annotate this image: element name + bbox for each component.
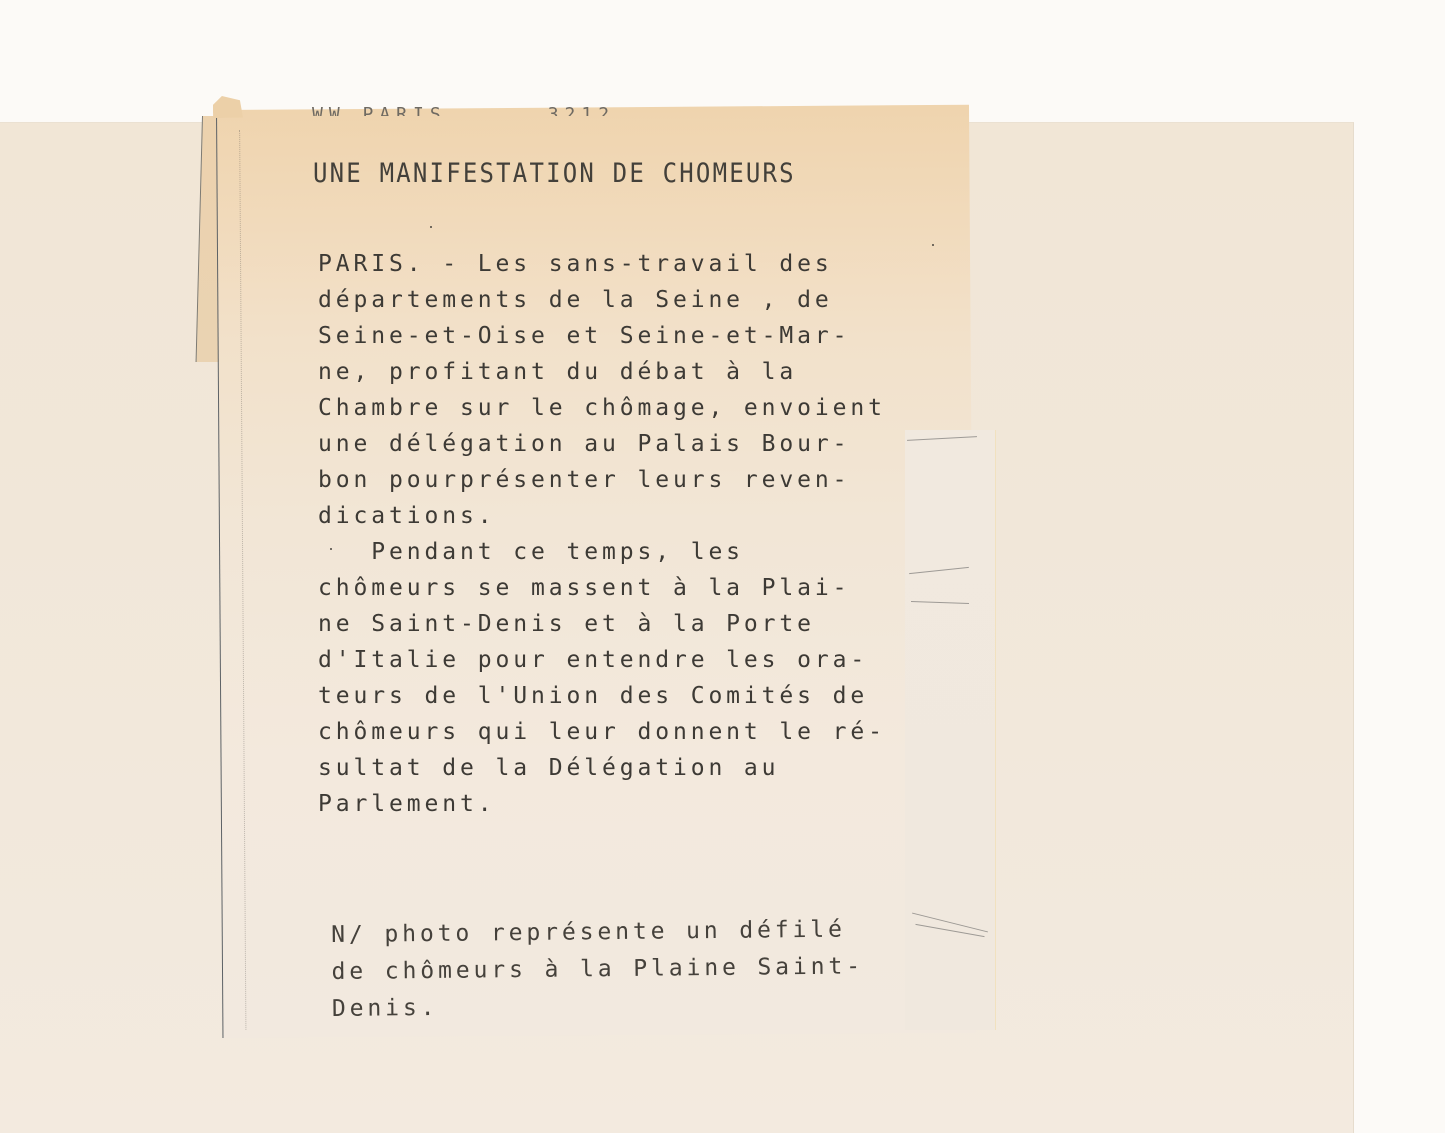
body-line: dications. xyxy=(318,498,886,534)
headline: UNE MANIFESTATION DE CHOMEURS xyxy=(313,158,796,189)
body-line: une délégation au Palais Bour- xyxy=(318,426,886,462)
body-line: Pendant ce temps, les xyxy=(318,534,886,570)
ink-speck xyxy=(330,548,332,550)
caption-body: PARIS. - Les sans-travail des départemen… xyxy=(318,246,886,822)
body-line: ne Saint-Denis et à la Porte xyxy=(318,606,886,642)
ink-speck xyxy=(932,244,934,246)
scratch-mark xyxy=(911,601,969,604)
ink-speck xyxy=(430,226,432,228)
agency-stamp: WW PARIS 3212 xyxy=(312,100,615,116)
photo-caption: N/ photo représente un défilé de chômeur… xyxy=(331,911,865,1028)
scratch-mark xyxy=(909,567,969,574)
caption-line: de chômeurs à la Plaine Saint- xyxy=(331,948,864,991)
glue-strip xyxy=(905,430,996,1030)
body-line: PARIS. - Les sans-travail des xyxy=(318,246,886,282)
body-line: départements de la Seine , de xyxy=(318,282,886,318)
body-line: sultat de la Délégation au xyxy=(318,750,886,786)
perforation-line xyxy=(239,130,246,1030)
caption-line: N/ photo représente un défilé xyxy=(331,911,864,954)
scratch-mark xyxy=(915,924,984,937)
body-line: teurs de l'Union des Comités de xyxy=(318,678,886,714)
body-line: bon pourprésenter leurs reven- xyxy=(318,462,886,498)
body-line: Parlement. xyxy=(318,786,886,822)
scratch-mark xyxy=(907,436,977,441)
torn-corner xyxy=(213,96,243,118)
scanned-page: WW PARIS 3212 UNE MANIFESTATION DE CHOME… xyxy=(0,0,1445,1133)
body-line: Chambre sur le chômage, envoient xyxy=(318,390,886,426)
body-line: chômeurs qui leur donnent le ré- xyxy=(318,714,886,750)
body-line: chômeurs se massent à la Plai- xyxy=(318,570,886,606)
body-line: d'Italie pour entendre les ora- xyxy=(318,642,886,678)
body-line: ne, profitant du débat à la xyxy=(318,354,886,390)
body-line: Seine-et-Oise et Seine-et-Mar- xyxy=(318,318,886,354)
caption-line: Denis. xyxy=(332,985,865,1028)
